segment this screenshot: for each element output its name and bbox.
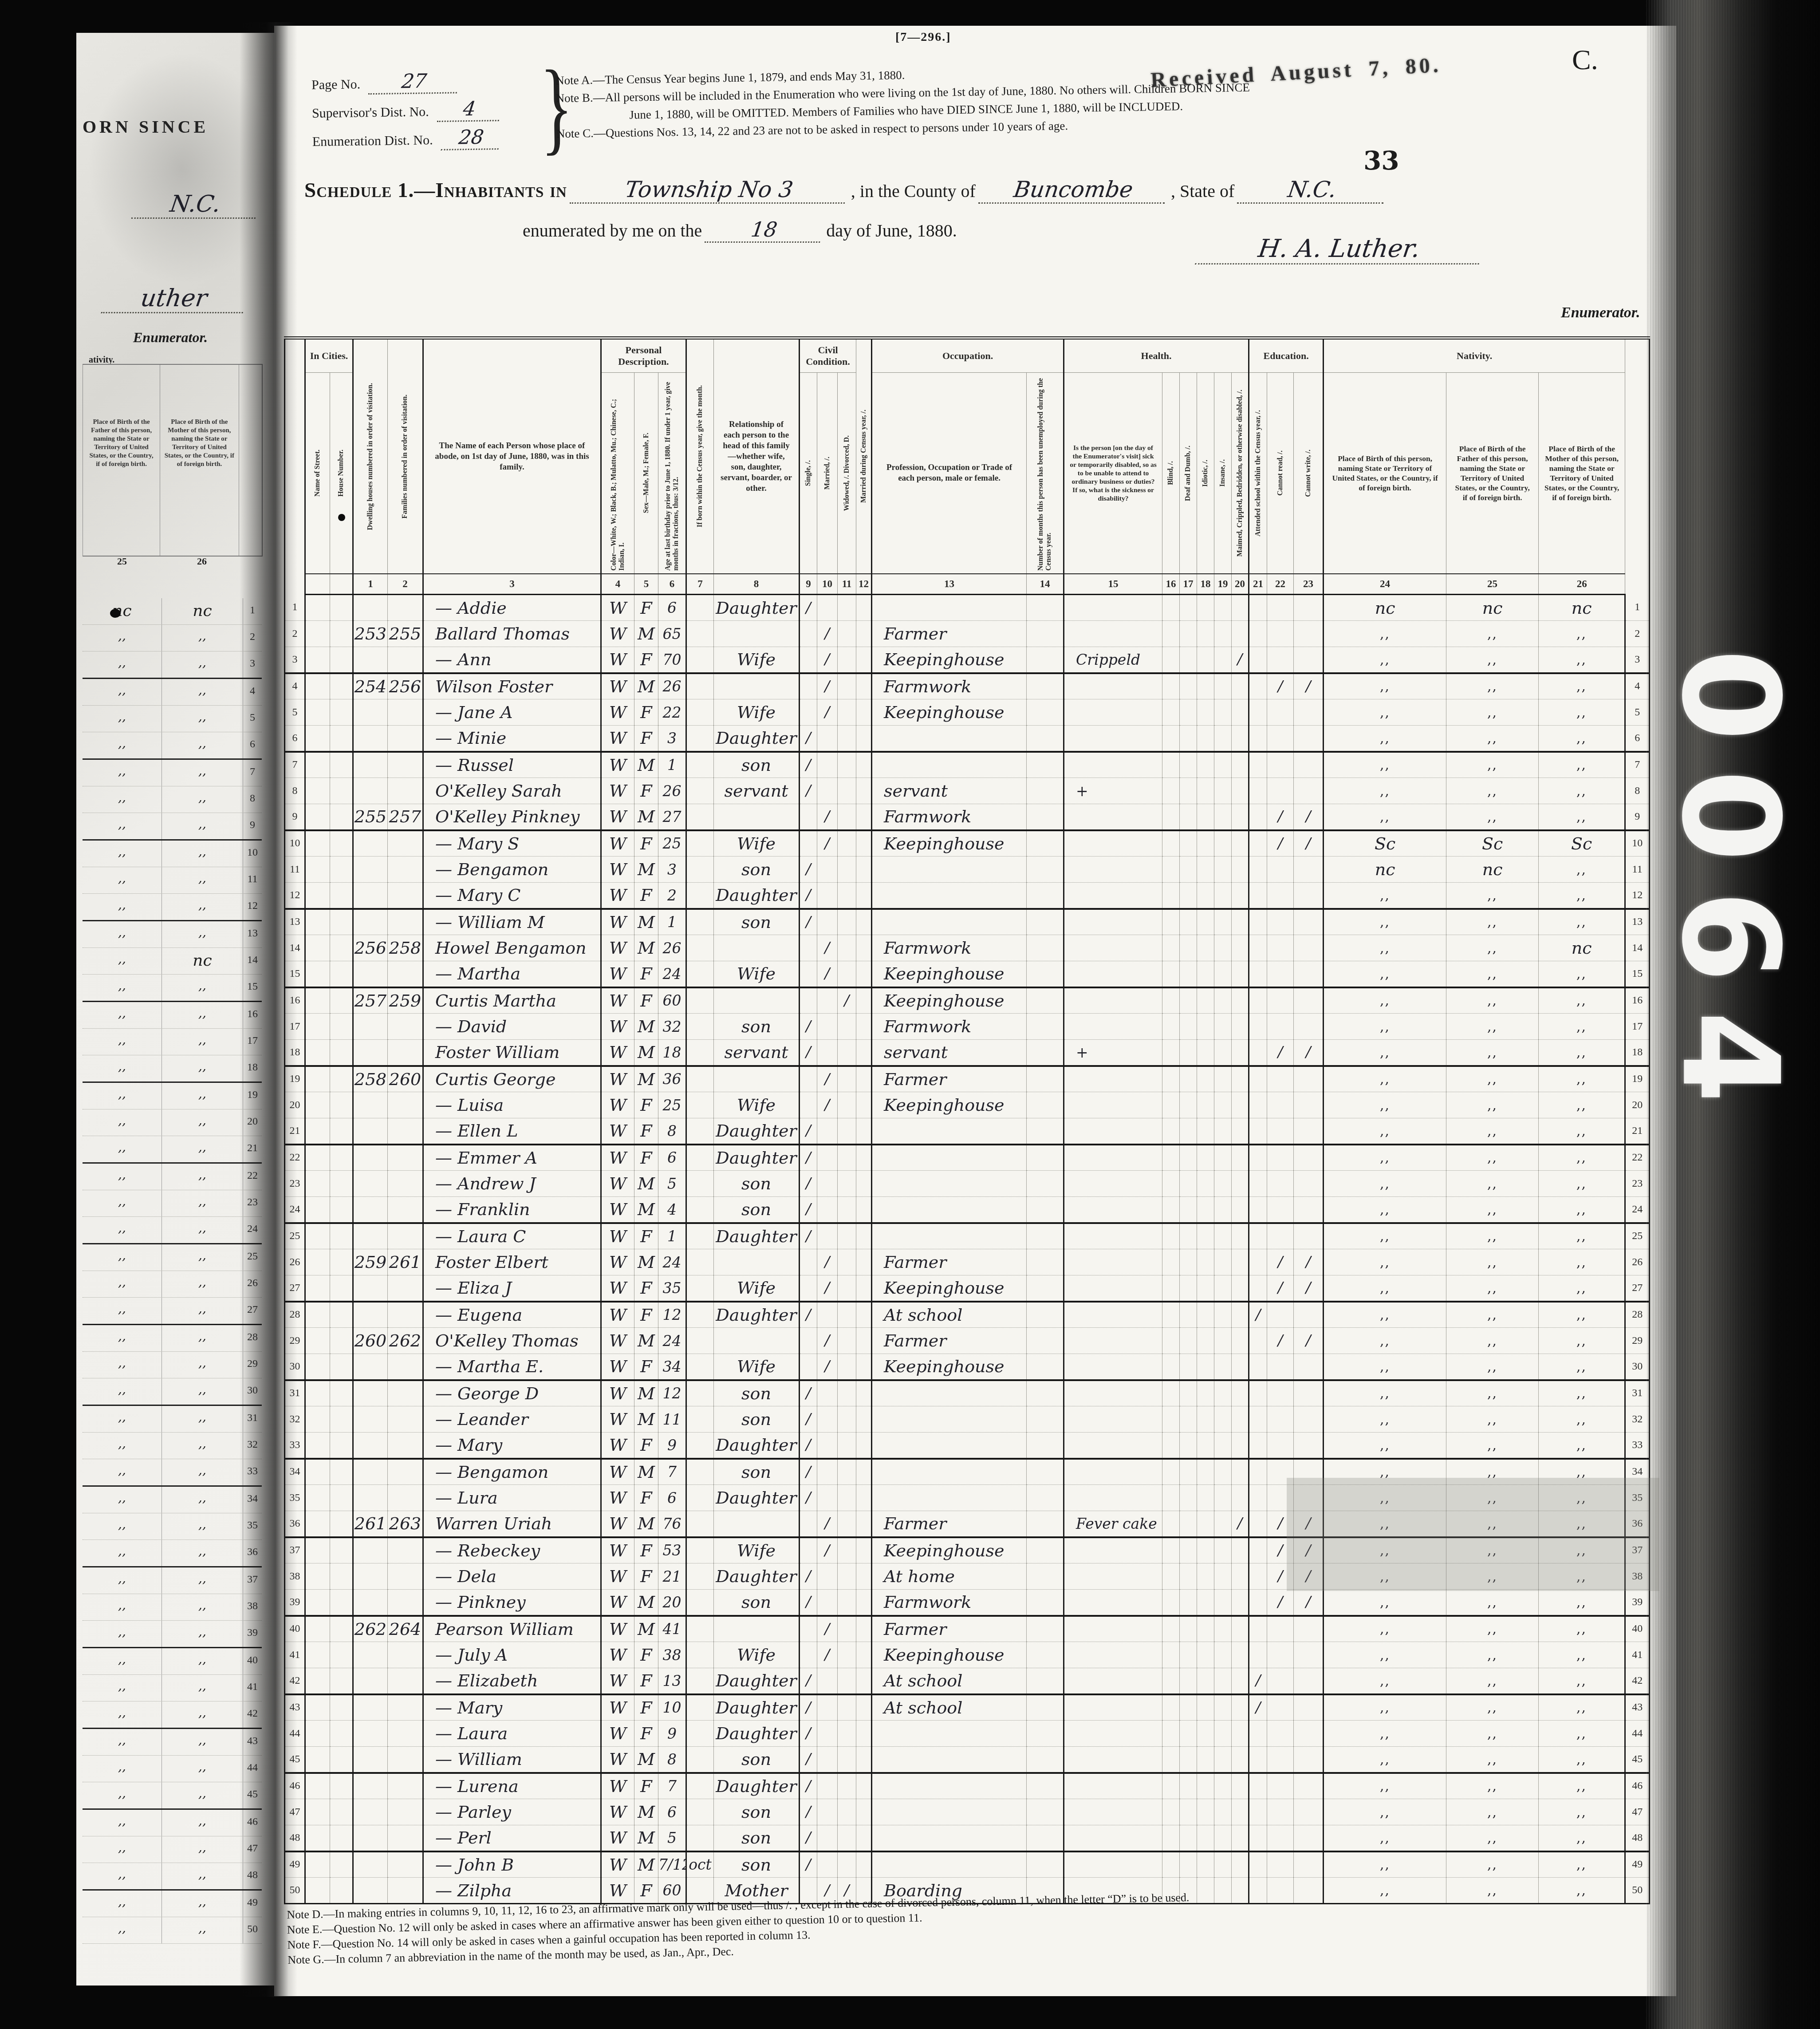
cell-rel: Wife: [714, 1354, 800, 1380]
left-cell-pob-father: ,,: [83, 1190, 162, 1216]
cell-a: 8: [658, 1747, 686, 1773]
cell-mo: [686, 595, 714, 621]
cell-un: [1027, 1223, 1064, 1249]
cell-fam: [388, 1537, 423, 1563]
cell-ins: [1214, 726, 1232, 752]
cell-d: [1180, 752, 1197, 778]
cell-dw: [353, 1642, 388, 1668]
census-row: 2253255Ballard ThomasWM65/Farmer,,,,,,2: [285, 621, 1650, 647]
cell-m12: [856, 1197, 872, 1223]
cell-rel: [714, 1616, 800, 1642]
cell-m12: [856, 595, 872, 621]
cell-m10: [817, 909, 838, 935]
cell-fam: [388, 1354, 423, 1380]
cell-d: [1180, 1249, 1197, 1275]
cell-dw: 256: [353, 935, 388, 961]
cell-m12: [856, 1275, 872, 1302]
left-cell-pob-mother: ,,: [162, 1352, 243, 1378]
cell-rel: Daughter: [714, 726, 800, 752]
cell-ins: [1214, 1328, 1232, 1354]
cell-p2: ,,: [1446, 752, 1539, 778]
cell-ins: [1214, 1799, 1232, 1825]
cell-name: — Leander: [423, 1406, 601, 1433]
row-number-margin-left: [285, 338, 305, 595]
cell-mo: [686, 752, 714, 778]
col-number-rel: 8: [714, 574, 800, 595]
left-cell-pob-mother: ,,: [162, 1055, 243, 1082]
left-page-row: ,,,,39: [83, 1621, 262, 1648]
cell-p3: ,,: [1539, 752, 1625, 778]
cell-hl: [1064, 1433, 1162, 1459]
cell-mm: [1232, 1642, 1249, 1668]
census-row: 12— Mary CWF2Daughter/,,,,,,12: [285, 883, 1650, 909]
cell-dw: 255: [353, 804, 388, 830]
cell-hl: [1064, 752, 1162, 778]
cell-rel: son: [714, 909, 800, 935]
cell-m10: [817, 1171, 838, 1197]
cell-house: [330, 1721, 353, 1747]
cell-d: [1180, 909, 1197, 935]
cell-c: W: [601, 1642, 634, 1668]
left-page-row: ,,,,32: [83, 1433, 262, 1459]
cell-a: 65: [658, 621, 686, 647]
cell-m12: [856, 1354, 872, 1380]
cell-hl: [1064, 1563, 1162, 1590]
cell-b: [1162, 1694, 1180, 1721]
cell-p2: ,,: [1446, 1590, 1539, 1616]
cell-wr: /: [1294, 1040, 1324, 1066]
cell-mm: [1232, 1406, 1249, 1433]
left-page-signature-fragment: uther: [103, 284, 245, 313]
left-cell-pob-father: ,,: [83, 1729, 162, 1755]
cell-street: [305, 987, 330, 1014]
supervisor-dist-value: 4: [437, 97, 502, 122]
cell-m10: [817, 883, 838, 909]
cell-ln: 19: [285, 1066, 305, 1092]
cell-p3: ,,: [1539, 1694, 1625, 1721]
left-page-row: ,,,,47: [83, 1836, 262, 1863]
cell-hl: [1064, 1406, 1162, 1433]
cell-street: [305, 1851, 330, 1878]
cell-rel: Wife: [714, 961, 800, 987]
cell-house: [330, 1851, 353, 1878]
census-row: 17— DavidWM32son/Farmwork,,,,,,17: [285, 1014, 1650, 1040]
cell-d: [1180, 1328, 1197, 1354]
cell-dw: [353, 1694, 388, 1721]
cell-i: [1197, 1773, 1214, 1799]
cell-hl: +: [1064, 1040, 1162, 1066]
cell-p3: ,,: [1539, 1433, 1625, 1459]
cell-mo: [686, 1642, 714, 1668]
cell-name: — Bengamon: [423, 1459, 601, 1485]
cell-p3: ,,: [1539, 804, 1625, 830]
cell-p3: ,,: [1539, 1406, 1625, 1433]
cell-w11: [838, 1433, 856, 1459]
cell-p1: ,,: [1324, 1275, 1446, 1302]
cell-ins: [1214, 1249, 1232, 1275]
cell-i: [1197, 1590, 1214, 1616]
cell-sch: [1249, 1773, 1267, 1799]
left-page-row: ,,,,19: [83, 1083, 262, 1109]
cell-c: W: [601, 1747, 634, 1773]
cell-rd: [1267, 647, 1294, 673]
cell-rel: Wife: [714, 1642, 800, 1668]
cell-rel: son: [714, 752, 800, 778]
cell-street: [305, 857, 330, 883]
cell-wr: [1294, 1851, 1324, 1878]
cell-wr: [1294, 1773, 1324, 1799]
cell-street: [305, 1275, 330, 1302]
col-number-m10: 10: [817, 574, 838, 595]
cell-name: — Laura: [423, 1721, 601, 1747]
cell-sch: [1249, 1197, 1267, 1223]
cell-occ: Farmer: [872, 621, 1027, 647]
cell-s9: /: [800, 1668, 817, 1694]
cell-p1: ,,: [1324, 1563, 1446, 1590]
cell-occ: Keepinghouse: [872, 961, 1027, 987]
cell-rel: son: [714, 1406, 800, 1433]
left-page-row: ,,,,46: [83, 1810, 262, 1836]
cell-hl: [1064, 1066, 1162, 1092]
left-cell-pob-father: ,,: [83, 1055, 162, 1082]
cell-p2: ,,: [1446, 961, 1539, 987]
cell-m10: [817, 1223, 838, 1249]
cell-wr: [1294, 1878, 1324, 1904]
cell-m10: /: [817, 647, 838, 673]
cell-occ: Farmer: [872, 1066, 1027, 1092]
cell-rel: Wife: [714, 1537, 800, 1563]
left-cell-pob-mother: ,,: [162, 921, 243, 947]
cell-name: Foster Elbert: [423, 1249, 601, 1275]
cell-dw: [353, 1799, 388, 1825]
left-row-number: 47: [243, 1836, 262, 1863]
cell-i: [1197, 1145, 1214, 1171]
cell-a: 8: [658, 1118, 686, 1145]
cell-un: [1027, 647, 1064, 673]
cell-a: 1: [658, 752, 686, 778]
cell-occ: Keepinghouse: [872, 1642, 1027, 1668]
cell-ins: [1214, 857, 1232, 883]
cell-d: [1180, 1616, 1197, 1642]
cell-d: [1180, 1145, 1197, 1171]
schedule-title-line: Schedule 1.—Inhabitants in Township No 3…: [304, 177, 1385, 204]
cell-mo: [686, 987, 714, 1014]
cell-wr: [1294, 1354, 1324, 1380]
left-cell-pob-mother: ,,: [162, 1029, 243, 1055]
cell-occ: [872, 1825, 1027, 1851]
cell-fam: [388, 1406, 423, 1433]
cell-w11: [838, 1590, 856, 1616]
cell-b: [1162, 804, 1180, 830]
census-page: [7—296.] C. Received August 7, 80. Page …: [274, 26, 1676, 1996]
cell-m10: [817, 1825, 838, 1851]
schedule-title: Schedule 1.—Inhabitants in: [304, 179, 567, 202]
cell-name: — July A: [423, 1642, 601, 1668]
cell-i: [1197, 1851, 1214, 1878]
cell-dw: [353, 1302, 388, 1328]
col-number-s: 5: [634, 574, 658, 595]
cell-w11: [838, 1145, 856, 1171]
cell-sch: [1249, 1171, 1267, 1197]
cell-name: — Minie: [423, 726, 601, 752]
cell-mm: [1232, 1878, 1249, 1904]
cell-s9: /: [800, 1459, 817, 1485]
cell-rd: [1267, 1145, 1294, 1171]
cell-wr: [1294, 883, 1324, 909]
cell-occ: servant: [872, 778, 1027, 804]
cell-c: W: [601, 673, 634, 699]
cell-fam: [388, 1694, 423, 1721]
cell-p1: ,,: [1324, 673, 1446, 699]
cell-rd: [1267, 1851, 1294, 1878]
cell-p3: ,,: [1539, 1275, 1625, 1302]
cell-s9: /: [800, 1406, 817, 1433]
cell-hl: [1064, 1799, 1162, 1825]
cell-dw: [353, 1433, 388, 1459]
cell-house: [330, 1668, 353, 1694]
cell-street: [305, 621, 330, 647]
cell-rd: [1267, 1302, 1294, 1328]
cell-p2: ,,: [1446, 1668, 1539, 1694]
cell-b: [1162, 1275, 1180, 1302]
cell-name: — Pinkney: [423, 1590, 601, 1616]
cell-rd: [1267, 726, 1294, 752]
census-row: 9255257O'Kelley PinkneyWM27/Farmwork//,,…: [285, 804, 1650, 830]
cell-un: [1027, 909, 1064, 935]
cell-mo: [686, 1249, 714, 1275]
left-cell-pob-mother: ,,: [162, 1675, 243, 1701]
cell-a: 7: [658, 1773, 686, 1799]
cell-occ: Keepinghouse: [872, 1275, 1027, 1302]
cell-hl: Crippeld: [1064, 647, 1162, 673]
cell-d: [1180, 1380, 1197, 1406]
cell-dw: 257: [353, 987, 388, 1014]
cell-mm: /: [1232, 647, 1249, 673]
cell-p1: ,,: [1324, 1249, 1446, 1275]
left-cell-pob-father: ,,: [83, 1352, 162, 1378]
cell-c: W: [601, 699, 634, 726]
cell-p3: Sc: [1539, 830, 1625, 857]
cell-house: [330, 1878, 353, 1904]
left-row-number: 31: [243, 1406, 262, 1432]
cell-a: 11: [658, 1406, 686, 1433]
cell-p2: ,,: [1446, 1145, 1539, 1171]
state-label: , State of: [1171, 181, 1234, 201]
left-page-row: ,,,,28: [83, 1325, 262, 1352]
cell-dw: [353, 1380, 388, 1406]
cell-ins: [1214, 1668, 1232, 1694]
left-cell-pob-mother: ,,: [162, 1513, 243, 1540]
cell-d: [1180, 1721, 1197, 1747]
cell-street: [305, 935, 330, 961]
cell-s: M: [634, 1459, 658, 1485]
cell-un: [1027, 1851, 1064, 1878]
cell-s: M: [634, 1328, 658, 1354]
col-header-house: House Number.: [330, 373, 353, 574]
cell-b: [1162, 699, 1180, 726]
left-cell-pob-father: ,,: [83, 1675, 162, 1701]
cell-s: F: [634, 1092, 658, 1118]
cell-w11: [838, 1328, 856, 1354]
cell-rel: [714, 621, 800, 647]
cell-p1: ,,: [1324, 804, 1446, 830]
cell-c: W: [601, 1275, 634, 1302]
left-page-row: ,,,,10: [83, 841, 262, 867]
left-page-row: ,,,,44: [83, 1756, 262, 1782]
cell-house: [330, 595, 353, 621]
cell-house: [330, 1171, 353, 1197]
cell-b: [1162, 1459, 1180, 1485]
cell-street: [305, 726, 330, 752]
cell-p2: ,,: [1446, 1563, 1539, 1590]
cell-w11: [838, 647, 856, 673]
cell-s9: [800, 1537, 817, 1563]
col-number-p1: 24: [1324, 574, 1446, 595]
col-header-mm: Maimed, Crippled, Bedridden, or otherwis…: [1232, 373, 1249, 574]
cell-i: [1197, 1747, 1214, 1773]
left-cell-pob-mother: nc: [162, 598, 243, 624]
cell-mo: [686, 673, 714, 699]
cell-p3: ,,: [1539, 857, 1625, 883]
cell-house: [330, 726, 353, 752]
cell-occ: [872, 1459, 1027, 1485]
cell-b: [1162, 1511, 1180, 1537]
cell-ins: [1214, 1275, 1232, 1302]
cell-rel: [714, 673, 800, 699]
cell-m12: [856, 961, 872, 987]
cell-un: [1027, 752, 1064, 778]
cell-p2: ,,: [1446, 1118, 1539, 1145]
cell-mm: [1232, 1694, 1249, 1721]
cell-i: [1197, 883, 1214, 909]
cell-w11: [838, 699, 856, 726]
cell-b: [1162, 1302, 1180, 1328]
left-row-number: 20: [243, 1109, 262, 1136]
census-row: 29260262O'Kelley ThomasWM24/Farmer//,,,,…: [285, 1328, 1650, 1354]
col-header-s: Sex—Male, M.; Female, F.: [634, 373, 658, 574]
cell-street: [305, 673, 330, 699]
left-cell-pob-father: ,,: [83, 1917, 162, 1943]
col-number-w11: 11: [838, 574, 856, 595]
cell-mm: [1232, 961, 1249, 987]
cell-un: [1027, 1537, 1064, 1563]
cell-s9: /: [800, 595, 817, 621]
cell-d: [1180, 1747, 1197, 1773]
left-cell-pob-father: ,,: [83, 894, 162, 920]
cell-b: [1162, 1171, 1180, 1197]
cell-fam: [388, 1118, 423, 1145]
cell-i: [1197, 1878, 1214, 1904]
left-page-column-numbers: 25 26: [83, 556, 262, 567]
col-header-p1: Place of Birth of this person, naming St…: [1324, 373, 1446, 574]
cell-mm: [1232, 1118, 1249, 1145]
left-page-row: ,,,,25: [83, 1244, 262, 1271]
cell-b: [1162, 778, 1180, 804]
cell-m12: [856, 621, 872, 647]
cell-m10: [817, 1668, 838, 1694]
form-notes-top: Note A.—The Census Year begins June 1, 1…: [555, 63, 1251, 145]
cell-i: [1197, 1328, 1214, 1354]
cell-un: [1027, 1747, 1064, 1773]
cell-p2: ,,: [1446, 987, 1539, 1014]
cell-occ: At school: [872, 1668, 1027, 1694]
census-row: 45— WilliamWM8son/,,,,,,45: [285, 1747, 1650, 1773]
cell-p1: ,,: [1324, 621, 1446, 647]
cell-mm: [1232, 1799, 1249, 1825]
cell-occ: [872, 1171, 1027, 1197]
cell-a: 3: [658, 857, 686, 883]
cell-ins: [1214, 883, 1232, 909]
cell-sch: [1249, 987, 1267, 1014]
cell-ins: [1214, 1380, 1232, 1406]
cell-house: [330, 1328, 353, 1354]
cell-d: [1180, 1694, 1197, 1721]
cell-occ: Farmer: [872, 1328, 1027, 1354]
cell-ln: 7: [285, 752, 305, 778]
cell-ins: [1214, 909, 1232, 935]
cell-street: [305, 1799, 330, 1825]
cell-m12: [856, 726, 872, 752]
cell-m12: [856, 752, 872, 778]
cell-mm: [1232, 909, 1249, 935]
census-row: 31— George DWM12son/,,,,,,31: [285, 1380, 1650, 1406]
cell-hl: +: [1064, 778, 1162, 804]
cell-occ: [872, 1433, 1027, 1459]
cell-ln: 38: [285, 1563, 305, 1590]
cell-m12: [856, 1537, 872, 1563]
left-cell-pob-father: ,,: [83, 1540, 162, 1566]
left-cell-pob-father: ,,: [83, 1325, 162, 1351]
cell-occ: Farmer: [872, 1511, 1027, 1537]
cell-rd: [1267, 961, 1294, 987]
census-row: 13— William MWM1son/,,,,,,13: [285, 909, 1650, 935]
left-cell-pob-mother: ,,: [162, 1406, 243, 1432]
cell-house: [330, 1249, 353, 1275]
left-row-number: 15: [243, 975, 262, 1001]
cell-p1: ,,: [1324, 1433, 1446, 1459]
cell-un: [1027, 1118, 1064, 1145]
cell-fam: [388, 1563, 423, 1590]
cell-name: Pearson William: [423, 1616, 601, 1642]
cell-p3: ,,: [1539, 1485, 1625, 1511]
cell-wr: [1294, 1171, 1324, 1197]
cell-a: 7: [658, 1459, 686, 1485]
cell-name: Ballard Thomas: [423, 621, 601, 647]
cell-m10: /: [817, 1511, 838, 1537]
census-row: 30— Martha E.WF34Wife/Keepinghouse,,,,,,…: [285, 1354, 1650, 1380]
cell-ins: [1214, 595, 1232, 621]
cell-s9: [800, 673, 817, 699]
census-row: 49— John BWM7/12octson/,,,,,,49: [285, 1851, 1650, 1878]
cell-wr: [1294, 1433, 1324, 1459]
cell-occ: Farmer: [872, 1616, 1027, 1642]
cell-p1: ,,: [1324, 1642, 1446, 1668]
cell-s: F: [634, 1668, 658, 1694]
cell-ins: [1214, 1171, 1232, 1197]
cell-fam: [388, 1459, 423, 1485]
left-row-number: 4: [243, 679, 262, 705]
cell-fam: [388, 1380, 423, 1406]
cell-s9: /: [800, 1040, 817, 1066]
cell-d: [1180, 857, 1197, 883]
left-row-number: 25: [243, 1244, 262, 1271]
cell-p3: ,,: [1539, 1118, 1625, 1145]
cell-i: [1197, 830, 1214, 857]
cell-wr: [1294, 726, 1324, 752]
cell-mm: [1232, 1171, 1249, 1197]
cell-hl: [1064, 1171, 1162, 1197]
cell-wr: /: [1294, 1249, 1324, 1275]
